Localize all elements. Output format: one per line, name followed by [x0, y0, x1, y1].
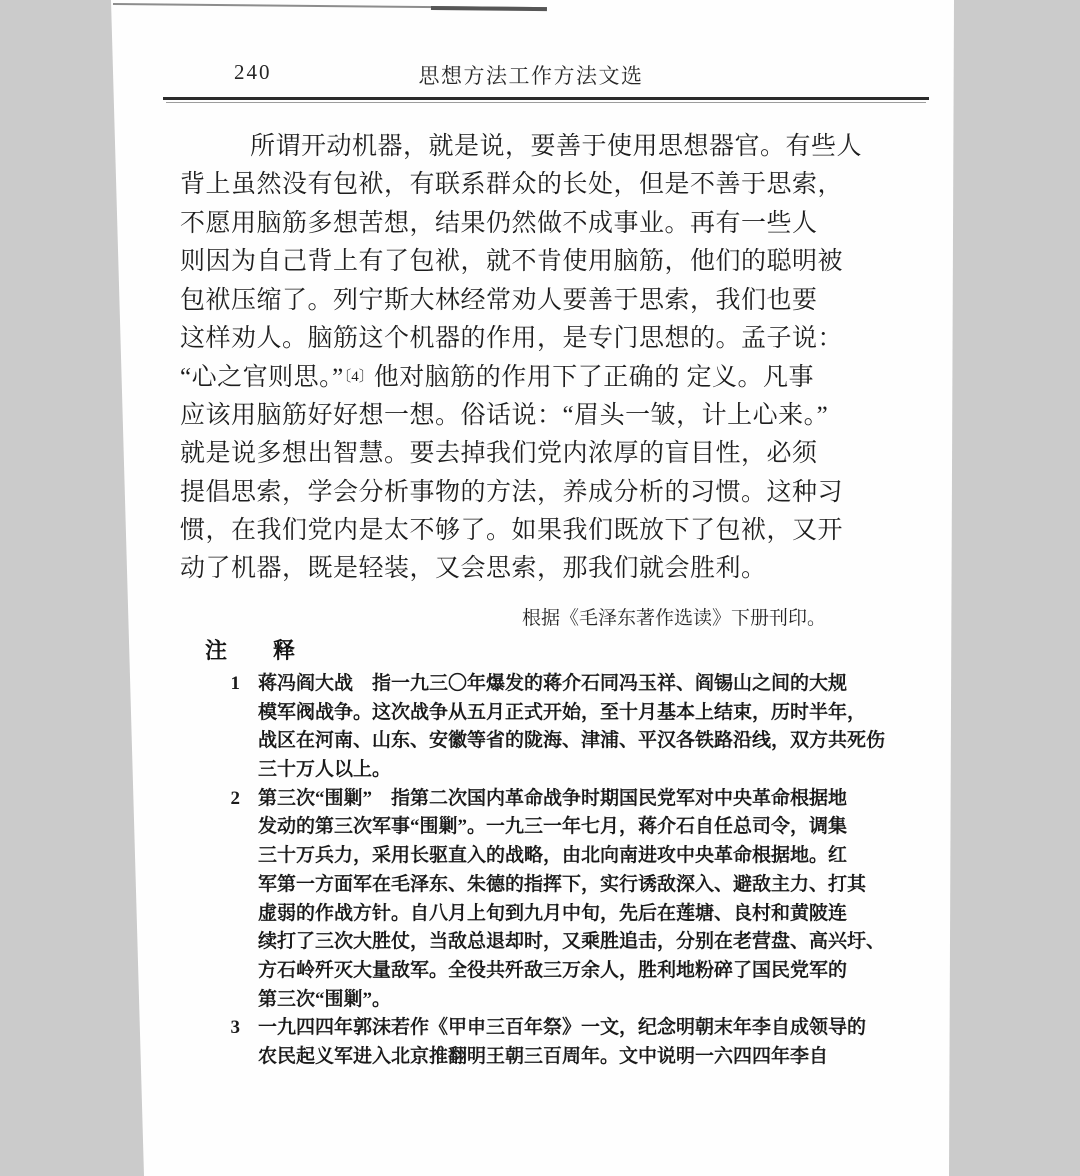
- scanned-book-photo: 240 思想方法工作方法文选 所谓开动机器，就是说，要善于使用思想器官。有些人 …: [0, 0, 1080, 1176]
- note-line: 模军阀战争。这次战争从五月正式开始，至十月基本上结束，历时半年，: [258, 699, 885, 728]
- book-page: 240 思想方法工作方法文选 所谓开动机器，就是说，要善于使用思想器官。有些人 …: [108, 0, 954, 1176]
- note-number: 1: [220, 670, 240, 699]
- note-line: 续打了三次大胜仗，当敌总退却时，又乘胜追击，分别在老营盘、高兴圩、: [258, 928, 885, 957]
- running-header-title: 思想方法工作方法文选: [108, 60, 954, 90]
- note-line: 三十万兵力，采用长驱直入的战略，由北向南进攻中央革命根据地。红: [258, 842, 885, 871]
- header-rule: [163, 97, 929, 100]
- note-line: 战区在河南、山东、安徽等省的陇海、津浦、平汉各铁路沿线，双方共死伤: [258, 727, 885, 756]
- page-top-edge-line: [113, 3, 547, 15]
- body-line: 背上虽然没有包袱，有联系群众的长处，但是不善于思索，: [180, 166, 880, 204]
- note-line: 第三次“围剿”。: [258, 986, 885, 1015]
- header-rule-echo: [166, 102, 926, 103]
- body-line: 则因为自己背上有了包袱，就不肯使用脑筋，他们的聪明被: [180, 243, 880, 281]
- body-line-text: 他对脑筋的作用下了正确的 定义。凡事: [374, 364, 814, 391]
- note-line: 三十万人以上。: [258, 756, 885, 785]
- note-line: 第三次“围剿” 指第二次国内革命战争时期国民党军对中央革命根据地: [258, 785, 885, 814]
- note-line: 农民起义军进入北京推翻明王朝三百周年。文中说明一六四四年李自: [258, 1043, 866, 1072]
- body-line: 惯，在我们党内是太不够了。如果我们既放下了包袱，又开: [180, 512, 880, 550]
- quote-text: “心之官则思。”: [180, 364, 344, 391]
- note-number: 2: [220, 785, 240, 814]
- body-line: 这样劝人。脑筋这个机器的作用，是专门思想的。孟子说：: [180, 320, 880, 358]
- body-line: 提倡思索，学会分析事物的方法，养成分析的习惯。这种习: [180, 474, 880, 512]
- note-number: 3: [220, 1014, 240, 1043]
- body-line-with-footnote: “心之官则思。”〔4〕他对脑筋的作用下了正确的 定义。凡事: [180, 358, 880, 396]
- note-item: 3 一九四四年郭沫若作《甲申三百年祭》一文，纪念明朝末年李自成领导的 农民起义军…: [220, 1014, 885, 1071]
- note-item: 2 第三次“围剿” 指第二次国内革命战争时期国民党军对中央革命根据地 发动的第三…: [220, 785, 885, 1015]
- footnote-marker: 〔4〕: [344, 369, 374, 385]
- body-line: 包袱压缩了。列宁斯大林经常劝人要善于思索，我们也要: [180, 282, 880, 320]
- note-line: 方石岭歼灭大量敌军。全役共歼敌三万余人，胜利地粉碎了国民党军的: [258, 957, 885, 986]
- body-paragraph: 所谓开动机器，就是说，要善于使用思想器官。有些人 背上虽然没有包袱，有联系群众的…: [180, 128, 880, 589]
- body-line: 所谓开动机器，就是说，要善于使用思想器官。有些人: [180, 128, 880, 166]
- note-line: 发动的第三次军事“围剿”。一九三一年七月，蒋介石自任总司令，调集: [258, 813, 885, 842]
- note-line: 虚弱的作战方针。自八月上旬到九月中旬，先后在莲塘、良村和黄陂连: [258, 900, 885, 929]
- body-line: 动了机器，既是轻装，又会思索，那我们就会胜利。: [180, 550, 880, 588]
- body-line: 就是说多想出智慧。要去掉我们党内浓厚的盲目性，必须: [180, 435, 880, 473]
- note-line: 蒋冯阎大战 指一九三〇年爆发的蒋介石同冯玉祥、阎锡山之间的大规: [258, 670, 885, 699]
- notes-heading: 注 释: [205, 634, 307, 665]
- note-line: 一九四四年郭沫若作《甲申三百年祭》一文，纪念明朝末年李自成领导的: [258, 1014, 866, 1043]
- body-line: 不愿用脑筋多想苦想，结果仍然做不成事业。再有一些人: [180, 205, 880, 243]
- notes-section: 1 蒋冯阎大战 指一九三〇年爆发的蒋介石同冯玉祥、阎锡山之间的大规 模军阀战争。…: [220, 670, 885, 1072]
- note-item: 1 蒋冯阎大战 指一九三〇年爆发的蒋介石同冯玉祥、阎锡山之间的大规 模军阀战争。…: [220, 670, 885, 785]
- note-line: 军第一方面军在毛泽东、朱德的指挥下，实行诱敌深入、避敌主力、打其: [258, 871, 885, 900]
- body-line: 应该用脑筋好好想一想。俗话说：“眉头一皱，计上心来。”: [180, 397, 880, 435]
- source-attribution: 根据《毛泽东著作选读》下册刊印。: [522, 603, 826, 630]
